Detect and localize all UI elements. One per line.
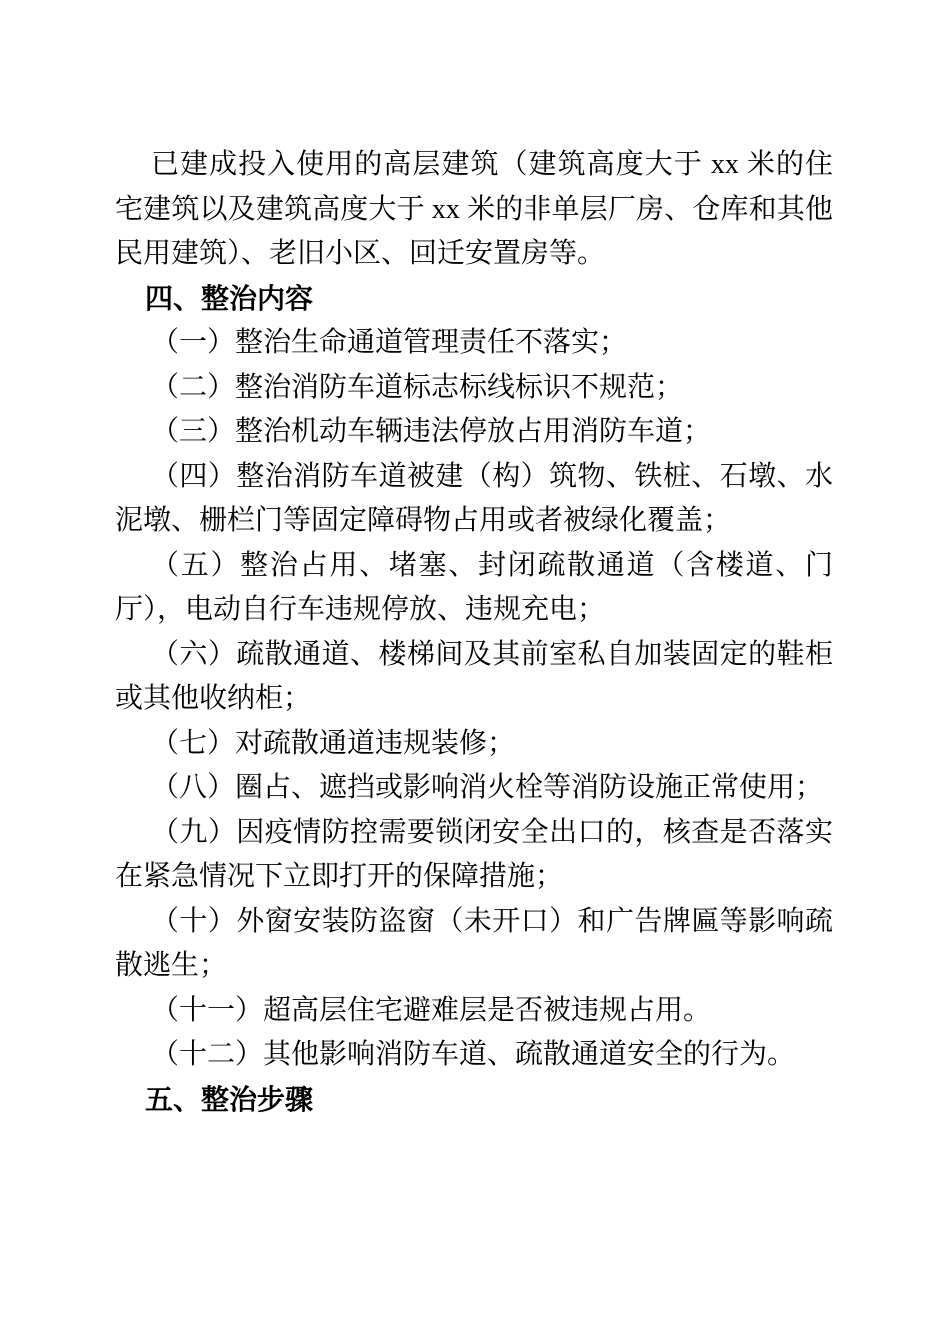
paragraph: （八）圈占、遮挡或影响消火栓等消防设施正常使用；: [115, 766, 833, 811]
section-heading: 五、整治步骤: [115, 1078, 833, 1123]
paragraph: （十二）其他影响消防车道、疏散通道安全的行为。: [115, 1033, 833, 1078]
paragraph: （五）整治占用、堵塞、封闭疏散通道（含楼道、门厅），电动自行车违规停放、违规充电…: [115, 544, 833, 633]
document-page: 已建成投入使用的高层建筑（建筑高度大于 xx 米的住宅建筑以及建筑高度大于 xx…: [0, 0, 950, 1344]
paragraph: （十一）超高层住宅避难层是否被违规占用。: [115, 989, 833, 1034]
paragraph: （四）整治消防车道被建（构）筑物、铁桩、石墩、水泥墩、栅栏门等固定障碍物占用或者…: [115, 455, 833, 544]
paragraph: （九）因疫情防控需要锁闭安全出口的，核查是否落实在紧急情况下立即打开的保障措施；: [115, 811, 833, 900]
paragraph: （三）整治机动车辆违法停放占用消防车道；: [115, 410, 833, 455]
paragraph: （二）整治消防车道标志标线标识不规范；: [115, 366, 833, 411]
paragraph: （六）疏散通道、楼梯间及其前室私自加装固定的鞋柜或其他收纳柜；: [115, 633, 833, 722]
paragraph: 已建成投入使用的高层建筑（建筑高度大于 xx 米的住宅建筑以及建筑高度大于 xx…: [115, 143, 833, 277]
paragraph: （七）对疏散通道违规装修；: [115, 722, 833, 767]
document-body-text: 已建成投入使用的高层建筑（建筑高度大于 xx 米的住宅建筑以及建筑高度大于 xx…: [115, 143, 833, 1122]
paragraph: （十）外窗安装防盗窗（未开口）和广告牌匾等影响疏散逃生；: [115, 900, 833, 989]
paragraph: （一）整治生命通道管理责任不落实；: [115, 321, 833, 366]
section-heading: 四、整治内容: [115, 277, 833, 322]
